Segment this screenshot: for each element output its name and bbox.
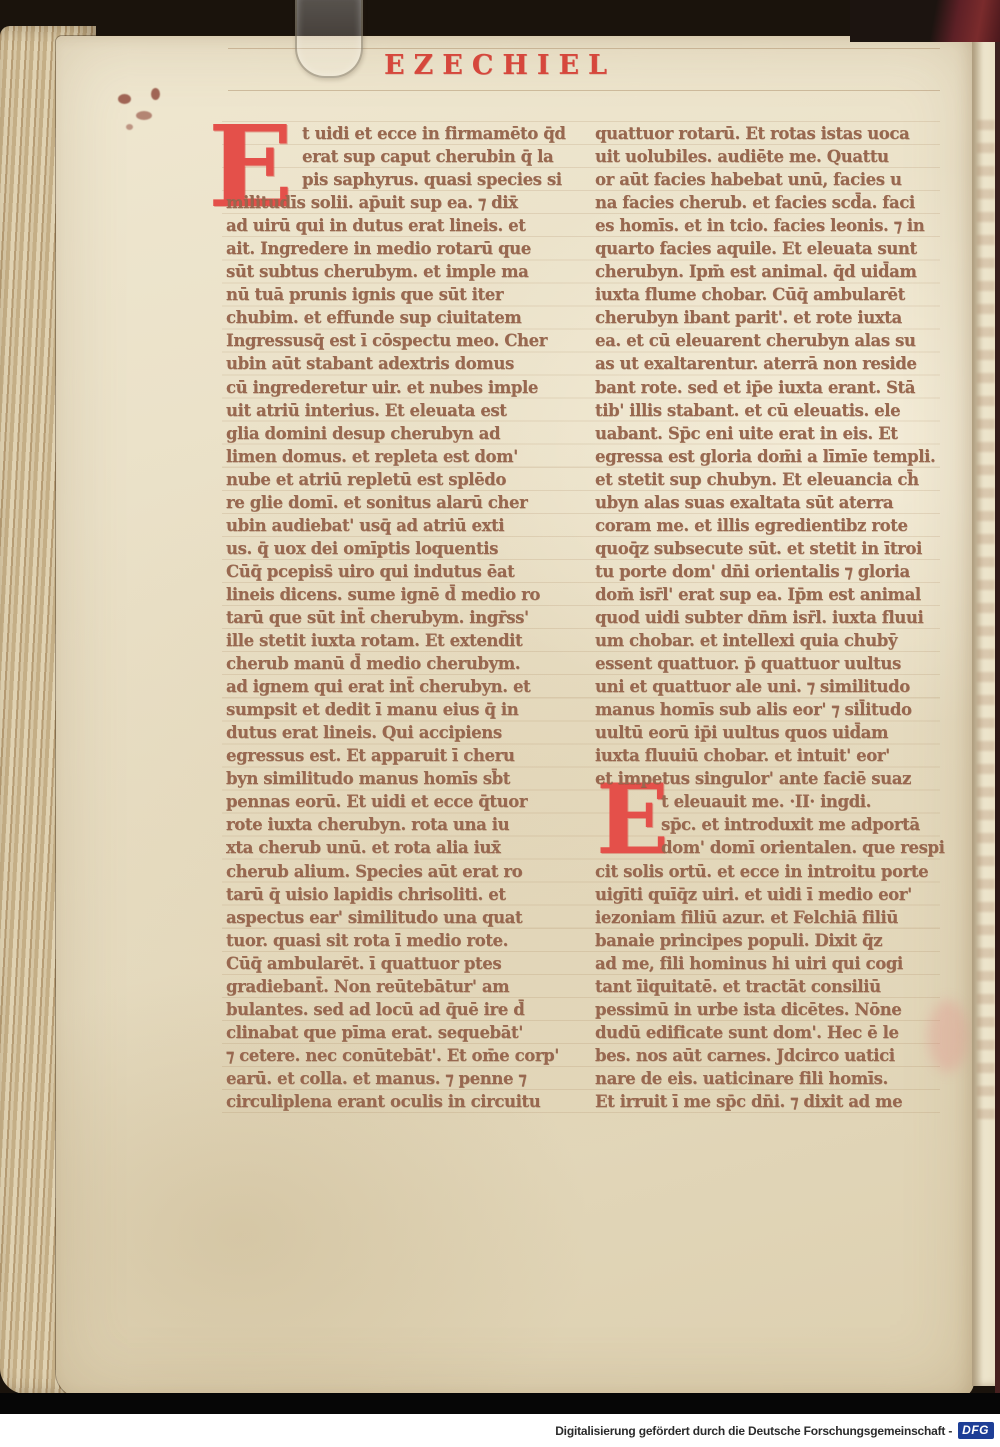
manuscript-line: Ingressusq̄ est ī cōspectu meo. Cher xyxy=(226,329,586,352)
manuscript-line: us. q̄ uox dei omīptis loquentis xyxy=(226,537,586,560)
manuscript-line: glia domini desup cherubyn ad xyxy=(226,422,586,445)
manuscript-line: aspectus ear' similitudo una quat xyxy=(226,906,586,929)
manuscript-line: erat sup caput cherubin q̄ la xyxy=(226,145,586,168)
manuscript-line: et stetit sup chubyn. Et eleuancia ch̄ xyxy=(595,468,940,491)
manuscript-line: manus homīs sub alis eor' ⁊ sil̄itudo xyxy=(595,698,940,721)
text-column-left: t uidi et ecce in firmamēto q̄derat sup … xyxy=(226,122,586,1113)
ink-spot xyxy=(118,94,131,104)
manuscript-line: pis saphyrus. quasi species si xyxy=(226,168,586,191)
manuscript-line: re glie domī. et sonitus alarū cher xyxy=(226,491,586,514)
manuscript-line: egressa est gloria dom̄i a līmīe templi. xyxy=(595,445,940,468)
manuscript-line: ea. et cū eleuarent cherubyn alas su xyxy=(595,329,940,352)
manuscript-line: pennas eorū. Et uidi et ecce q̄tuor xyxy=(226,790,586,813)
manuscript-line: quoq̄z subsecute sūt. et stetit in ītroi xyxy=(595,537,940,560)
manuscript-line: tuor. quasi sit rota ī medio rote. xyxy=(226,929,586,952)
page-header-rubric: EZECHIEL xyxy=(0,50,1000,81)
manuscript-line: cherubyn. Ipm̄ est animal. q̄d uid̄am xyxy=(595,260,940,283)
manuscript-line: tarū que sūt int̄ cherubym. ingr̄ss' xyxy=(226,606,586,629)
manuscript-line: sumpsit et dedit ī manu eius q̄ in xyxy=(226,698,586,721)
manuscript-line: dutus erat lineis. Qui accipiens xyxy=(226,721,586,744)
manuscript-line: t uidi et ecce in firmamēto q̄d xyxy=(226,122,586,145)
manuscript-line: et impetus singulor' ante faciē suaz xyxy=(595,767,940,790)
manuscript-line: xta cherub unū. et rota alia iux̄ xyxy=(226,836,586,859)
manuscript-line: Cūq̄ pcepiss̄ uiro qui indutus ēat xyxy=(226,560,586,583)
manuscript-line: egressus est. Et apparuit ī cheru xyxy=(226,744,586,767)
manuscript-line: cū ingrederetur uir. et nubes imple xyxy=(226,376,586,399)
manuscript-line: tib' illis stabant. et cū eleuatis. ele xyxy=(595,399,940,422)
manuscript-line: uit atriū interius. Et eleuata est xyxy=(226,399,586,422)
manuscript-line: ad uirū qui in dutus erat lineis. et xyxy=(226,214,586,237)
manuscript-line: essent quattuor. p̄ quattuor uultus xyxy=(595,652,940,675)
manuscript-line: coram me. et illis egredientibz rote xyxy=(595,514,940,537)
manuscript-line: bant rote. sed et ip̄e iuxta erant. Stā xyxy=(595,376,940,399)
manuscript-line: uultū eorū ip̄i uultus quos uid̄am xyxy=(595,721,940,744)
manuscript-line: tu porte dom' dn̄i orientalis ⁊ gloria xyxy=(595,560,940,583)
footer-credit-text: Digitalisierung gefördert durch die Deut… xyxy=(555,1424,952,1438)
manuscript-line: nube et atriū repletū est splēdo xyxy=(226,468,586,491)
manuscript-line: ubin aūt stabant adextris domus xyxy=(226,352,586,375)
manuscript-line: Et irruit ī me sp̄c dn̄i. ⁊ dixit ad me xyxy=(595,1090,940,1113)
manuscript-line: cherub manū d̄ medio cherubym. xyxy=(226,652,586,675)
manuscript-line: t eleuauit me. ·II· ingdi. xyxy=(595,790,940,813)
next-folio-ghost-text xyxy=(977,120,995,1130)
manuscript-line: ad me, fili hominus hi uiri qui cogi xyxy=(595,952,940,975)
manuscript-line: bulantes. sed ad locū ad q̄uē ire d̄ xyxy=(226,998,586,1021)
manuscript-line: banaie principes populi. Dixit q̄z xyxy=(595,929,940,952)
manuscript-line: sūt subtus cherubym. et imple ma xyxy=(226,260,586,283)
manuscript-line: ubin audiebat' usq̄ ad atriū exti xyxy=(226,514,586,537)
manuscript-line: tarū q̄ uisio lapidis chrisoliti. et xyxy=(226,883,586,906)
manuscript-line: na facies cherub. et facies scd̄a. faci xyxy=(595,191,940,214)
manuscript-line: lineis dicens. sume ignē d̄ medio ro xyxy=(226,583,586,606)
manuscript-line: nare de eis. uaticinare fili homīs. xyxy=(595,1067,940,1090)
plastic-clip xyxy=(295,0,363,78)
manuscript-line: quarto facies aquile. Et eleuata sunt xyxy=(595,237,940,260)
manuscript-line: tant īiquitatē. et tractāt consiliū xyxy=(595,975,940,998)
manuscript-line: earū. et colla. et manus. ⁊ penne ⁊ xyxy=(226,1067,586,1090)
manuscript-line: quattuor rotarū. Et rotas istas uoca xyxy=(595,122,940,145)
manuscript-line: byn similitudo manus homīs sb̄t xyxy=(226,767,586,790)
manuscript-line: gradiebant̄. Non reūtebātur' am xyxy=(226,975,586,998)
text-column-right: quattuor rotarū. Et rotas istas uocauit … xyxy=(595,122,940,1113)
manuscript-line: uni et quattuor ale uni. ⁊ similitudo xyxy=(595,675,940,698)
dfg-logo: DFG xyxy=(958,1422,994,1439)
manuscript-line: clinabat que pīma erat. sequebāt' xyxy=(226,1021,586,1044)
book-cover-edge-right xyxy=(995,42,1000,1398)
manuscript-line: iezoniam filiū azur. et Felchiā filiū xyxy=(595,906,940,929)
manuscript-line: ille stetit iuxta rotam. Et extendit xyxy=(226,629,586,652)
manuscript-line: circuliplena erant oculis in circuitu xyxy=(226,1090,586,1113)
digitization-footer: Digitalisierung gefördert durch die Deut… xyxy=(0,1414,1000,1447)
manuscript-line: dom̄ isr̄l' erat sup ea. Ip̄m est animal xyxy=(595,583,940,606)
manuscript-line: cit solis ortū. et ecce in introitu port… xyxy=(595,860,940,883)
manuscript-line: ⁊ cetere. nec conūtebāt'. Et om̄e corp' xyxy=(226,1044,586,1067)
manuscript-line: ait. Ingredere in medio rotarū que xyxy=(226,237,586,260)
manuscript-line: iuxta fluuiū chobar. et intuit' eor' xyxy=(595,744,940,767)
manuscript-line: quod uidi subter dn̄m isr̄l. iuxta fluui xyxy=(595,606,940,629)
manuscript-line: militudīs solii. ap̄uit sup ea. ⁊ dix̄ xyxy=(226,191,586,214)
manuscript-line: ad ignem qui erat int̄ cherubyn. et xyxy=(226,675,586,698)
manuscript-line: ubyn alas suas exaltata sūt aterra xyxy=(595,491,940,514)
manuscript-line: dom' domī orientalen. que respi xyxy=(595,836,940,859)
manuscript-line: bes. nos aūt carnes. Jdcirco uatici xyxy=(595,1044,940,1067)
manuscript-line: um chobar. et intellexi quia chubȳ xyxy=(595,629,940,652)
manuscript-line: cherubyn ibant parit'. et rote iuxta xyxy=(595,306,940,329)
manuscript-line: pessimū in urbe ista dicētes. Nōne xyxy=(595,998,940,1021)
manuscript-line: sp̄c. et introduxit me adportā xyxy=(595,813,940,836)
ink-bleed-blotch xyxy=(928,1000,968,1072)
manuscript-line: iuxta flume chobar. Cūq̄ ambularēt xyxy=(595,283,940,306)
manuscript-line: limen domus. et repleta est dom' xyxy=(226,445,586,468)
book-cover-edge-top xyxy=(850,0,1000,42)
ink-spot xyxy=(151,88,160,100)
manuscript-line: nū tuā prunis ignis que sūt iter xyxy=(226,283,586,306)
manuscript-line: chubim. et effunde sup ciuitatem xyxy=(226,306,586,329)
manuscript-line: Cūq̄ ambularēt. ī quattuor ptes xyxy=(226,952,586,975)
manuscript-line: uit uolubiles. audiēte me. Quattu xyxy=(595,145,940,168)
manuscript-line: dudū edificate sunt dom'. Hec ē le xyxy=(595,1021,940,1044)
manuscript-line: cherub alium. Species aūt erat ro xyxy=(226,860,586,883)
manuscript-line: uigīti quīq̄z uiri. et uidi ī medio eor' xyxy=(595,883,940,906)
photo-background-strip xyxy=(0,1393,1000,1414)
ink-spot xyxy=(126,124,133,130)
manuscript-photo: EZECHIEL E E t uidi et ecce in firmamēto… xyxy=(0,0,1000,1447)
manuscript-line: es homīs. et in tcio. facies leonis. ⁊ i… xyxy=(595,214,940,237)
manuscript-line: as ut exaltarentur. aterrā non reside xyxy=(595,352,940,375)
ink-spot xyxy=(136,111,152,120)
manuscript-line: uabant. Sp̄c eni uite erat in eis. Et xyxy=(595,422,940,445)
ruling-line xyxy=(228,90,940,91)
manuscript-line: or aūt facies habebat unū, facies u xyxy=(595,168,940,191)
manuscript-line: rote iuxta cherubyn. rota una iu xyxy=(226,813,586,836)
